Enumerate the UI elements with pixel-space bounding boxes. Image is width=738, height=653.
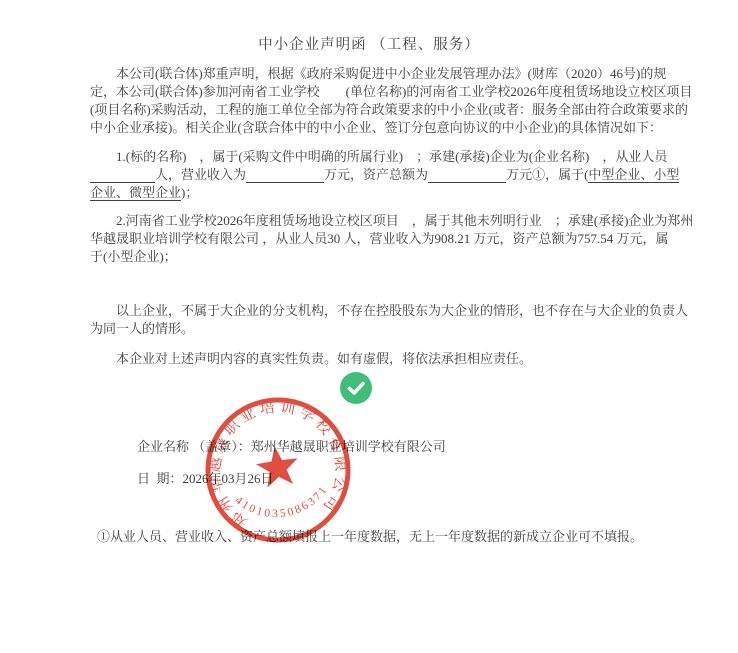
doc-text: 1.(标的名称) ，属于(采购文件中明确的所属行业) ；承建(承接)企业为(企业… [90, 149, 667, 164]
doc-line: 中小企业承接)。相关企业(含联合体中的中小企业、签订分包意向协议的中小企业)的具… [90, 119, 690, 137]
document-title: 中小企业声明函 （工程、服务） [85, 36, 653, 54]
doc-line: 人，营业收入为 万元，资产总额为 万元①，属于(中型企业、小型 [90, 166, 690, 184]
doc-text: ①从业人员、营业收入、资产总额填报上一年度数据，无上一年度数据的新成立企业可不填… [97, 529, 643, 544]
doc-line: 本公司(联合体)郑重声明，根据《政府采购促进中小企业发展管理办法》(财库（202… [90, 65, 690, 83]
doc-line: 为同一人的情形。 [90, 320, 690, 338]
doc-text: 以上企业，不属于大企业的分支机构，不存在控股股东为大企业的情形，也不存在与大企业… [90, 303, 688, 318]
doc-line: (项目名称)采购活动，工程的施工单位全部为符合政策要求的中小企业(或者：服务全部… [90, 101, 690, 119]
doc-text: (项目名称)采购活动，工程的施工单位全部为符合政策要求的中小企业(或者：服务全部… [90, 102, 688, 117]
seal-star-icon [254, 443, 301, 488]
doc-line: 以上企业，不属于大企业的分支机构，不存在控股股东为大企业的情形，也不存在与大企业… [90, 302, 690, 320]
fill-in-blank: 中型企业、小型 [588, 167, 679, 183]
doc-line: 定，本公司(联合体)参加河南省工业学校 (单位名称)的河南省工业学校2026年度… [90, 83, 690, 101]
company-seal-stamp: 郑州华越晟职业培训学校有限公司 4101035086371 [203, 395, 353, 545]
declaration-intro-paragraph: 本公司(联合体)郑重声明，根据《政府采购促进中小企业发展管理办法》(财库（202… [90, 65, 690, 137]
fill-in-blank [246, 167, 324, 183]
doc-text: 人，营业收入为 [155, 167, 246, 182]
declaration-item-2: 2.河南省工业学校2026年度租赁场地设立校区项目 ，属于其他未列明行业 ；承建… [90, 212, 690, 266]
doc-line: 华越晟职业培训学校有限公司 ，从业人员30 人，营业收入为908.21 万元，资… [90, 230, 690, 248]
check-circle [340, 372, 372, 404]
doc-line: 企业、微型企业)； [90, 184, 690, 202]
doc-line: 本企业对上述声明内容的真实性负责。如有虚假，将依法承担相应责任。 [90, 350, 690, 368]
doc-text: 为同一人的情形。 [90, 321, 194, 336]
fill-in-blank [428, 167, 506, 183]
doc-line: 2.河南省工业学校2026年度租赁场地设立校区项目 ，属于其他未列明行业 ；承建… [90, 212, 690, 230]
doc-text: 本企业对上述声明内容的真实性负责。如有虚假，将依法承担相应责任。 [90, 351, 532, 366]
doc-text: 中小企业承接)。相关企业(含联合体中的中小企业、签订分包意向协议的中小企业)的具… [90, 120, 662, 135]
big-enterprise-clause: 以上企业，不属于大企业的分支机构，不存在控股股东为大企业的情形，也不存在与大企业… [90, 302, 690, 338]
doc-text: 万元①，属于( [506, 167, 588, 182]
responsibility-statement: 本企业对上述声明内容的真实性负责。如有虚假，将依法承担相应责任。 [90, 350, 690, 368]
doc-text: 定，本公司(联合体)参加河南省工业学校 (单位名称)的河南省工业学校2026年度… [90, 84, 692, 99]
doc-text: 于(小型企业)； [90, 249, 177, 264]
doc-line: 1.(标的名称) ，属于(采购文件中明确的所属行业) ；承建(承接)企业为(企业… [90, 148, 690, 166]
declaration-document-page: 中小企业声明函 （工程、服务） 本公司(联合体)郑重声明，根据《政府采购促进中小… [0, 0, 738, 653]
doc-line: 于(小型企业)； [90, 248, 690, 266]
doc-text: 本公司(联合体)郑重声明，根据《政府采购促进中小企业发展管理办法》(财库（202… [90, 66, 666, 81]
doc-text: )； [181, 185, 198, 200]
doc-text: 华越晟职业培训学校有限公司 ，从业人员30 人，营业收入为908.21 万元，资… [90, 231, 669, 246]
fill-in-blank [90, 167, 155, 183]
declaration-item-1: 1.(标的名称) ，属于(采购文件中明确的所属行业) ；承建(承接)企业为(企业… [90, 148, 690, 202]
fill-in-blank: 企业、微型企业 [90, 185, 181, 201]
doc-text: 2.河南省工业学校2026年度租赁场地设立校区项目 ，属于其他未列明行业 ；承建… [90, 213, 693, 228]
doc-line: ①从业人员、营业收入、资产总额填报上一年度数据，无上一年度数据的新成立企业可不填… [97, 528, 697, 546]
doc-text: 万元，资产总额为 [324, 167, 428, 182]
footnote: ①从业人员、营业收入、资产总额填报上一年度数据，无上一年度数据的新成立企业可不填… [97, 528, 697, 546]
approved-check-icon [340, 372, 372, 404]
